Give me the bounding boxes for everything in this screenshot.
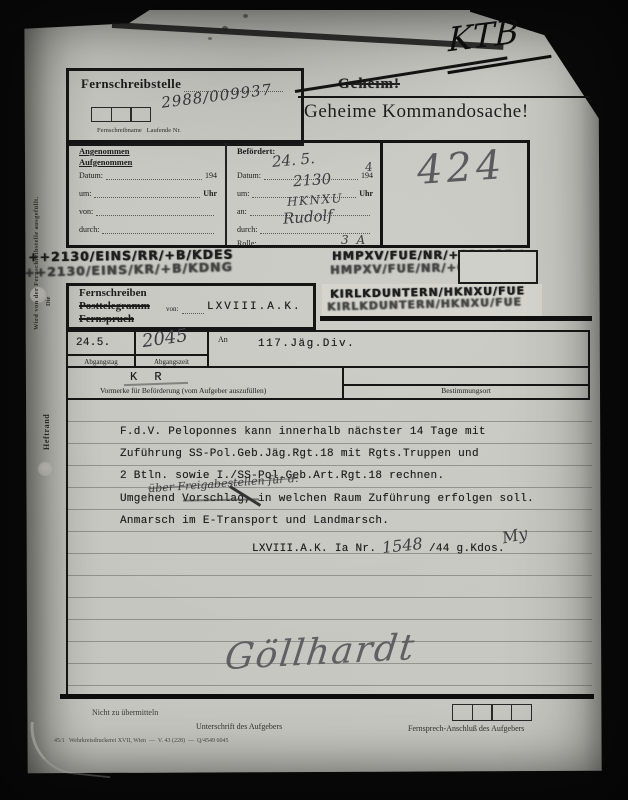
punch-hole-lower bbox=[38, 462, 52, 476]
fernsprech-caption: Fernsprech-Anschluß des Aufgebers bbox=[408, 724, 524, 733]
margin-die-fragment: Die bbox=[45, 282, 52, 306]
an-label: an: bbox=[237, 207, 247, 216]
befoerdert-year-handwritten: 4 bbox=[364, 160, 373, 175]
fernschreibname-caption: Fernschreibname Laufende Nr. bbox=[97, 127, 181, 134]
reference-suffix-typed: /44 g.Kdos. bbox=[429, 543, 505, 555]
von-label: von: bbox=[166, 305, 178, 313]
vormerk-row: K R Vormerke für Beförderung (vom Aufgeb… bbox=[66, 368, 590, 400]
datum-label: Datum: bbox=[79, 171, 103, 180]
fernschreibstelle-box: Fernschreibstelle 2988/009937 Fernschrei… bbox=[66, 68, 304, 146]
fernschreibstelle-title: Fernschreibstelle bbox=[81, 76, 181, 92]
durch-label: durch: bbox=[79, 225, 99, 234]
reference-number-handwritten: 1548 bbox=[381, 534, 423, 557]
blank-slip-box bbox=[458, 250, 538, 284]
fernsprech-boxes-row bbox=[452, 704, 536, 721]
angenommen-label: Angenommen bbox=[79, 146, 130, 156]
befoerdert-label: Befördert: bbox=[237, 146, 275, 156]
durch-label: durch: bbox=[237, 225, 257, 234]
befoerdert-um-handwritten: 2130 bbox=[292, 170, 331, 191]
dotted-leader bbox=[102, 224, 214, 234]
entry-box-cell bbox=[130, 107, 151, 122]
geheime-kommandosache-label: Geheime Kommandosache! bbox=[304, 101, 529, 123]
left-durch-row: durch: bbox=[79, 224, 217, 234]
cell-divider bbox=[207, 332, 209, 366]
dotted-leader bbox=[182, 313, 204, 314]
abgangstag-caption: Abgangstag bbox=[68, 354, 134, 366]
addressee-typed: 117.Jäg.Div. bbox=[258, 338, 355, 350]
left-von-row: von: bbox=[79, 206, 217, 216]
von-label: von: bbox=[79, 207, 93, 216]
uhr-label: Uhr bbox=[203, 189, 217, 198]
posttelegramm-option-struck: Posttelegramm bbox=[79, 300, 150, 312]
fernsprech-box-cell bbox=[491, 704, 512, 721]
entry-box-cell bbox=[91, 107, 112, 122]
fernsprech-box-cell bbox=[511, 704, 532, 721]
entry-boxes-row bbox=[91, 107, 154, 122]
left-um-row: um: Uhr bbox=[79, 188, 217, 198]
unterschrift-caption: Unterschrift des Aufgebers bbox=[196, 722, 282, 731]
message-line-2: Zuführung SS-Pol.Geb.Jäg.Rgt.18 mit Rgts… bbox=[120, 448, 479, 460]
message-type-box: Fernschreiben Posttelegramm von: LXVIII.… bbox=[66, 283, 316, 330]
print-imprint-line: 45/1 Wehrkreisdruckerei XVII, Wien — V. … bbox=[54, 738, 228, 744]
dotted-leader bbox=[96, 206, 214, 216]
fernschreiben-option: Fernschreiben bbox=[79, 287, 147, 299]
aufgenommen-label: Aufgenommen bbox=[79, 157, 132, 167]
footer-double-rule bbox=[60, 694, 594, 699]
rolle-handwritten: 3 A bbox=[341, 233, 367, 247]
header-rule bbox=[298, 96, 590, 98]
left-datum-row: Datum: 194 bbox=[79, 170, 217, 180]
datum-label: Datum: bbox=[237, 171, 261, 180]
message-line-1: F.d.V. Peloponnes kann innerhalb nächste… bbox=[120, 426, 486, 438]
margin-note-vertical: Wird von der Fernschreibstelle ausgefüll… bbox=[33, 70, 40, 330]
dirt-speck bbox=[208, 37, 212, 40]
nicht-uebermitteln-caption: Nicht zu übermitteln bbox=[92, 708, 158, 717]
sender-unit-typed: LXVIII.A.K. bbox=[207, 301, 302, 313]
heavy-bar bbox=[320, 316, 592, 321]
registry-number-pencil: 424 bbox=[416, 142, 507, 194]
year-print: 194 bbox=[205, 171, 217, 180]
an-label: An bbox=[218, 335, 228, 344]
entry-box-cell bbox=[111, 107, 132, 122]
reference-line: LXVIII.A.K. Ia Nr. 1548 /44 g.Kdos. bbox=[252, 536, 505, 556]
befoerdert-durch-handwritten: Rudolf bbox=[282, 206, 333, 227]
reference-prefix-typed: LXVIII.A.K. Ia Nr. bbox=[252, 543, 376, 555]
bestimmungsort-empty-box bbox=[344, 368, 588, 386]
rolle-label: Rolle: bbox=[237, 239, 257, 248]
message-line-5: Anmarsch im E-Transport und Landmarsch. bbox=[120, 515, 389, 527]
fernspruch-option-struck: Fernspruch bbox=[79, 313, 134, 325]
befoerdert-datum-handwritten: 24. 5. bbox=[271, 149, 315, 171]
abgangszeit-caption: Abgangszeit bbox=[136, 354, 207, 366]
registry-cell-divider bbox=[380, 143, 383, 245]
column-divider bbox=[225, 143, 227, 245]
received-forwarded-box: Angenommen Aufgenommen Datum: 194 um: Uh… bbox=[66, 140, 530, 248]
dirt-speck bbox=[222, 26, 228, 31]
um-label: um: bbox=[237, 189, 249, 198]
fernsprech-box-cell bbox=[452, 704, 473, 721]
vormerke-caption: Vormerke für Beförderung (vom Aufgeber a… bbox=[100, 386, 266, 395]
uhr-label: Uhr bbox=[359, 189, 373, 198]
bestimmungsort-caption: Bestimmungsort bbox=[344, 386, 588, 395]
um-label: um: bbox=[79, 189, 91, 198]
dotted-leader bbox=[94, 188, 200, 198]
photo-of-telegram-form: Wird von der Fernschreibstelle ausgefüll… bbox=[0, 0, 628, 800]
dirt-speck bbox=[243, 14, 248, 18]
abgangstag-value-typed: 24.5. bbox=[76, 337, 111, 349]
heftrand-label: Heftrand bbox=[42, 396, 51, 450]
dotted-leader bbox=[106, 170, 202, 180]
dispatch-table: 24.5. Abgangstag 2045 Abgangszeit An 117… bbox=[66, 330, 590, 368]
fernsprech-box-cell bbox=[472, 704, 493, 721]
